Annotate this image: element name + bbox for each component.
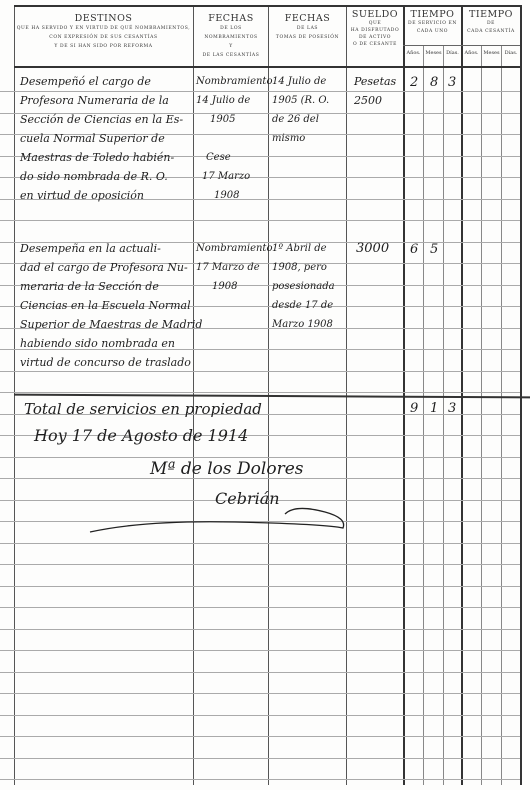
col-dias-cesantia: Días.	[502, 50, 520, 56]
ruled-line	[0, 220, 520, 221]
total-dias: 3	[448, 401, 456, 416]
entry-1-fecha-nombramiento: Nombramiento14 Julio de1905 Cese17 Marzo…	[196, 72, 272, 205]
ruled-line	[0, 629, 520, 630]
header-sueldo: SUELDO QUE HA DISFRUTADO DE ACTIVO O DE …	[347, 3, 403, 48]
col-dias: Días.	[444, 50, 461, 56]
entry-1-dias: 3	[448, 75, 456, 90]
col-meses: Meses	[424, 50, 443, 56]
entry-1-sueldo: Pesetas2500	[354, 72, 396, 110]
ruled-line	[0, 672, 520, 673]
tiempo-sub-rule	[403, 45, 520, 46]
signature-flourish	[85, 500, 355, 540]
ruled-line	[0, 715, 520, 716]
col-meses-cesantia: Meses	[482, 50, 501, 56]
ruled-line	[0, 779, 520, 780]
entry-2-fecha-nombramiento: Nombramiento17 Marzo de1908	[196, 239, 272, 296]
ruled-line	[0, 586, 520, 587]
rule-right	[520, 5, 522, 785]
entry-1-fecha-posesion: 14 Julio de1905 (R. O.de 26 delmismo	[272, 72, 329, 148]
ruled-line	[0, 564, 520, 565]
header-fechas-nombramientos: FECHAS DE LOS NOMBRAMIENTOS Y DE LAS CES…	[194, 7, 268, 60]
signature-name: Mª de los Dolores	[150, 458, 303, 480]
entry-2-destino: Desempeña en la actuali-dad el cargo de …	[20, 239, 202, 372]
entry-1-anos: 2	[410, 75, 418, 90]
ruled-line	[0, 543, 520, 544]
closing-date: Hoy 17 de Agosto de 1914	[34, 425, 248, 447]
total-label: Total de servicios en propiedad	[24, 398, 262, 420]
ruled-line	[0, 736, 520, 737]
entry-2-anos: 6	[410, 242, 418, 257]
entry-2-fecha-posesion: 1º Abril de1908, peroposesionadadesde 17…	[272, 239, 335, 334]
ruled-line	[0, 758, 520, 759]
entry-2-sueldo: 3000	[356, 239, 389, 258]
header-destinos: DESTINOS QUE HA SERVIDO Y EN VIRTUD DE Q…	[14, 7, 193, 51]
ruled-line	[0, 392, 520, 393]
ruled-line	[0, 607, 520, 608]
ruled-line	[0, 693, 520, 694]
header-fechas-posesion: FECHAS DE LAS TOMAS DE POSESIÓN	[269, 7, 346, 42]
header-bottom-rule	[14, 66, 521, 68]
entry-1-destino: Desempeñó el cargo deProfesora Numeraria…	[20, 72, 183, 205]
col-anos-cesantia: Años.	[462, 50, 481, 56]
ruled-line	[0, 650, 520, 651]
total-anos: 9	[410, 401, 418, 416]
col-anos: Años.	[404, 50, 423, 56]
header-tiempo-cesantia: TIEMPO DE CADA CESANTÍA	[462, 3, 520, 36]
entry-2-meses: 5	[430, 242, 438, 257]
header-tiempo-servicio: TIEMPO DE SERVICIO EN CADA UNO	[404, 3, 461, 36]
entry-1-meses: 8	[430, 75, 438, 90]
service-record-sheet: DESTINOS QUE HA SERVIDO Y EN VIRTUD DE Q…	[0, 0, 530, 790]
total-meses: 1	[430, 401, 438, 416]
